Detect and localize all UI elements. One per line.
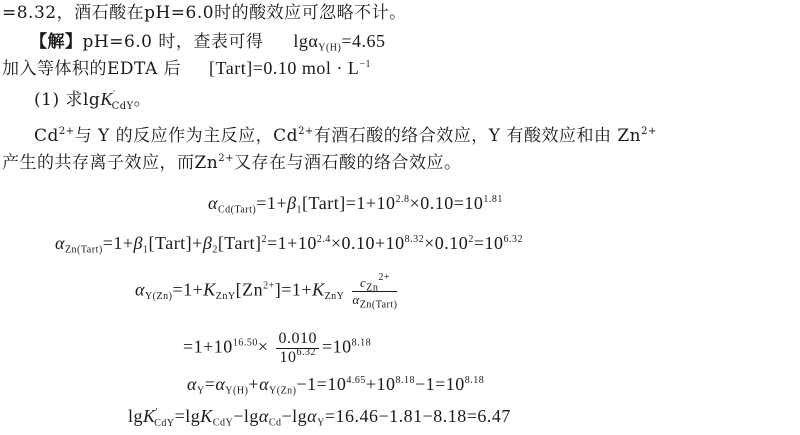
equation-lgk-cdy: lgK′CdY=lgKCdY−lgαCd−lgαY=16.46−1.81−8.1… <box>128 405 511 427</box>
equation-alpha-y-zn-value: =1+1016.50× 0.010 106.32 =108.18 <box>183 330 371 367</box>
fraction-c-zn-over-alpha: cZn2+ αZn(Tart) <box>352 275 397 308</box>
equation-alpha-cd-tart: αCd(Tart)=1+β1[Tart]=1+102.8×0.10=101.81 <box>208 192 503 214</box>
paragraph-line-1: Cd2+与 Y 的反应作为主反应，Cd2+有酒石酸的络合效应，Y 有酸效应和由 … <box>34 125 657 147</box>
solution-text: pH=6.0 时，查表可得 <box>83 32 264 52</box>
line1-text: =8.32，酒石酸在pH=6.0时的酸效应可忽略不计。 <box>2 3 407 23</box>
solution-line: 【解】pH=6.0 时，查表可得 lgαY(H)=4.65 <box>30 30 386 53</box>
text-line-1: =8.32，酒石酸在pH=6.0时的酸效应可忽略不计。 <box>2 2 407 24</box>
edta-text: 加入等体积的EDTA 后 <box>2 59 181 79</box>
equation-alpha-y-zn: αY(Zn)=1+KZnY[Zn2+]=1+KZnY cZn2+ αZn(Tar… <box>135 275 400 308</box>
solution-label: 【解】 <box>30 32 83 52</box>
tart-concentration: [Tart]=0.10 mol · L−1 <box>209 58 371 78</box>
lg-alpha-yh: lgαY(H)=4.65 <box>293 31 385 51</box>
paragraph-line-2: 产生的共存离子效应，而Zn2+又存在与酒石酸的络合效应。 <box>2 152 462 174</box>
fraction-0010-over-10: 0.010 106.32 <box>276 330 319 367</box>
edta-line: 加入等体积的EDTA 后 [Tart]=0.10 mol · L−1 <box>2 57 371 80</box>
equation-alpha-zn-tart: αZn(Tart)=1+β1[Tart]+β2[Tart]2=1+102.4×0… <box>55 232 523 254</box>
equation-alpha-y: αY=αY(H)+αY(Zn)−1=104.65+108.18−1=108.18 <box>187 373 484 395</box>
step1-heading: (1) 求lgK′CdY。 <box>34 88 151 111</box>
